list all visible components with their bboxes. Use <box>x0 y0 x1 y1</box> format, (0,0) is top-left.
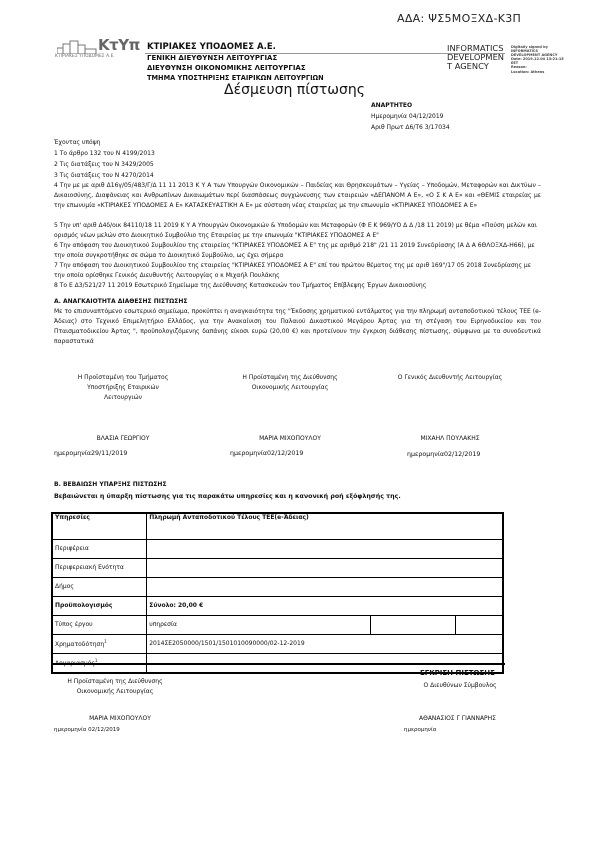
considering-heading: Έχοντας υπόψη <box>54 139 100 146</box>
region-unit-value <box>147 558 503 577</box>
signatory-role: Ο Γενικός Διευθυντής Λειτουργίας <box>390 373 510 383</box>
general-directorate: ΓΕΝΙΚΗ ΔΙΕΥΘΥΝΣΗ ΛΕΙΤΟΥΡΓΙΑΣ <box>147 54 277 62</box>
approval-left-date: ημερομηνία 02/12/2019 <box>54 727 120 733</box>
signatory-name: ΜΑΡΙΑ ΜΙΧΟΠΟΥΛΟΥ <box>230 434 350 444</box>
approval-right-name: ΑΘΑΝΑΣΙΟΣ Γ ΓΙΑΝΝΑΡΗΣ <box>400 714 515 724</box>
considering-item: 1 Το άρθρο 132 του Ν 4199/2013 <box>54 150 155 157</box>
region-label: Περιφέρεια <box>52 539 147 558</box>
funding-label: Χρηματοδότηση1 <box>52 634 147 653</box>
approval-left-name: ΜΑΡΙΑ ΜΙΧΟΠΟΥΛΟΥ <box>70 714 170 724</box>
section-a-heading: Α. ΑΝΑΓΚΑΙΟΤΗΤΑ ΔΙΑΘΕΣΗΣ ΠΙΣΤΩΣΗΣ <box>54 298 188 305</box>
considering-item: 2 Τις διατάξεις του Ν 3429/2005 <box>54 161 154 168</box>
considering-item: 5 Την υπ' αριθ Δ4δ/οικ 84110/18 11 2019 … <box>54 221 541 241</box>
budget-value: Σύνολο: 20,00 € <box>147 596 503 615</box>
region-unit-label: Περιφερειακή Ενότητα <box>52 558 147 577</box>
digital-signature-details: Digitally signed by INFORMATICS DEVELOPM… <box>511 45 564 74</box>
section-b-subheading: Βεβαιώνεται η ύπαρξη πίστωσης για τις πα… <box>54 493 401 500</box>
ada-code: ΑΔΑ: ΨΣ5ΜΟΞΧΔ-Κ3Π <box>397 12 521 25</box>
project-type-label: Τύπος έργου <box>52 615 147 634</box>
services-label: Υπηρεσίες <box>52 513 147 539</box>
funding-label-text: Χρηματοδότηση <box>55 641 104 648</box>
signatory-date: ημερομηνία29/11/2019 <box>54 450 127 457</box>
status-label: ΑΝΑΡΤΗΤΕΟ <box>371 102 412 109</box>
signatory-date: ημερομηνία02/12/2019 <box>230 450 303 457</box>
buildings-icon <box>57 40 97 54</box>
footnote-mark: 1 <box>104 639 107 644</box>
considering-item: 7 Την απόφαση του Διοικητικού Συμβουλίου… <box>54 261 541 281</box>
funding-value: 2014ΣΕ2050000/1501/1501010090000/02-12-2… <box>147 634 503 653</box>
considering-item: 6 Την απόφαση του Διοικητικού Συμβουλίου… <box>54 241 541 261</box>
region-value <box>147 539 503 558</box>
sig-line: Date: 2019.12.04 13:21:15 <box>511 57 564 61</box>
approval-right-role: Ο Διευθύνων Σύμβουλος <box>405 681 515 691</box>
project-type-extra <box>371 615 456 634</box>
municipality-label: Δήμος <box>52 577 147 596</box>
approval-right-date: ημερομηνία <box>404 727 436 733</box>
table-bottom-rule <box>51 663 505 665</box>
considering-item: 3 Τις διατάξεις του Ν 4270/2014 <box>54 172 154 179</box>
signatory-name: ΒΛΑΣΙΑ ΓΕΩΡΓΙΟΥ <box>68 434 178 444</box>
signatory-role: Η Προϊσταμένη του Τμήματος Υποστήριξης Ε… <box>68 373 178 403</box>
department: ΤΜΗΜΑ ΥΠΟΣΤΗΡΙΞΗΣ ΕΤΑΙΡΙΚΩΝ ΛΕΙΤΟΥΡΓΙΩΝ <box>147 74 324 82</box>
protocol-number: Αριθ Πρωτ Δ6/Τ6 3/17034 <box>371 124 450 131</box>
section-a-text: Με το επισυναπτόμενο εσωτερικό σημείωμα,… <box>54 307 541 347</box>
digital-signer: INFORMATICS DEVELOPMEN T AGENCY <box>447 44 507 71</box>
sig-line: Location: Athens <box>511 70 564 74</box>
logo-brand: ΚτΥπ <box>98 36 140 54</box>
project-type-value: υπηρεσία <box>147 615 371 634</box>
considering-item: 8 Το Ε Δ3/521/27 11 2019 Εσωτερικό Σημεί… <box>54 281 541 291</box>
approval-heading: ΕΓΚΡΙΣΗ ΠΙΣΤΩΣΗΣ <box>420 669 495 677</box>
signatory-name: ΜΙΧΑΗΛ ΠΟΥΛΑΚΗΣ <box>390 434 510 444</box>
page-title: Δέσμευση πίστωσης <box>224 82 365 98</box>
document-date: Ημερομηνία 04/12/2019 <box>371 113 444 120</box>
budget-label: Προϋπολογισμός <box>52 596 147 615</box>
logo-tagline: ΚΤΙΡΙΑΚΕΣ ΥΠΟΔΟΜΕΣ Α.Ε. <box>55 54 115 59</box>
company-name: ΚΤΙΡΙΑΚΕΣ ΥΠΟΔΟΜΕΣ Α.Ε. <box>147 42 276 52</box>
directorate: ΔΙΕΥΘΥΝΣΗ ΟΙΚΟΝΟΜΙΚΗΣ ΛΕΙΤΟΥΡΓΙΑΣ <box>147 64 306 72</box>
section-b-heading: Β. ΒΕΒΑΙΩΣΗ ΥΠΑΡΞΗΣ ΠΙΣΤΩΣΗΣ <box>54 481 167 488</box>
services-value: Πληρωμή Ανταποδοτικού Τέλους ΤΕΕ(e-Άδεια… <box>147 513 503 539</box>
project-type-extra <box>455 615 503 634</box>
credit-table: Υπηρεσίες Πληρωμή Ανταποδοτικού Τέλους Τ… <box>51 512 504 674</box>
approval-left-role: Η Προϊσταμένη της Διεύθυνσης Οικονομικής… <box>50 677 180 697</box>
signatory-date: ημερομηνία02/12/2019 <box>407 451 480 458</box>
considering-item: 4 Την με με αριθ Δ16γ/05/483/Γ/Δ 11 11 2… <box>54 181 541 211</box>
company-logo: ΚτΥπ ΚΤΙΡΙΑΚΕΣ ΥΠΟΔΟΜΕΣ Α.Ε. <box>55 38 143 64</box>
signatory-role: Η Προϊσταμένη της Διεύθυνσης Οικονομικής… <box>230 373 350 393</box>
municipality-value <box>147 577 503 596</box>
